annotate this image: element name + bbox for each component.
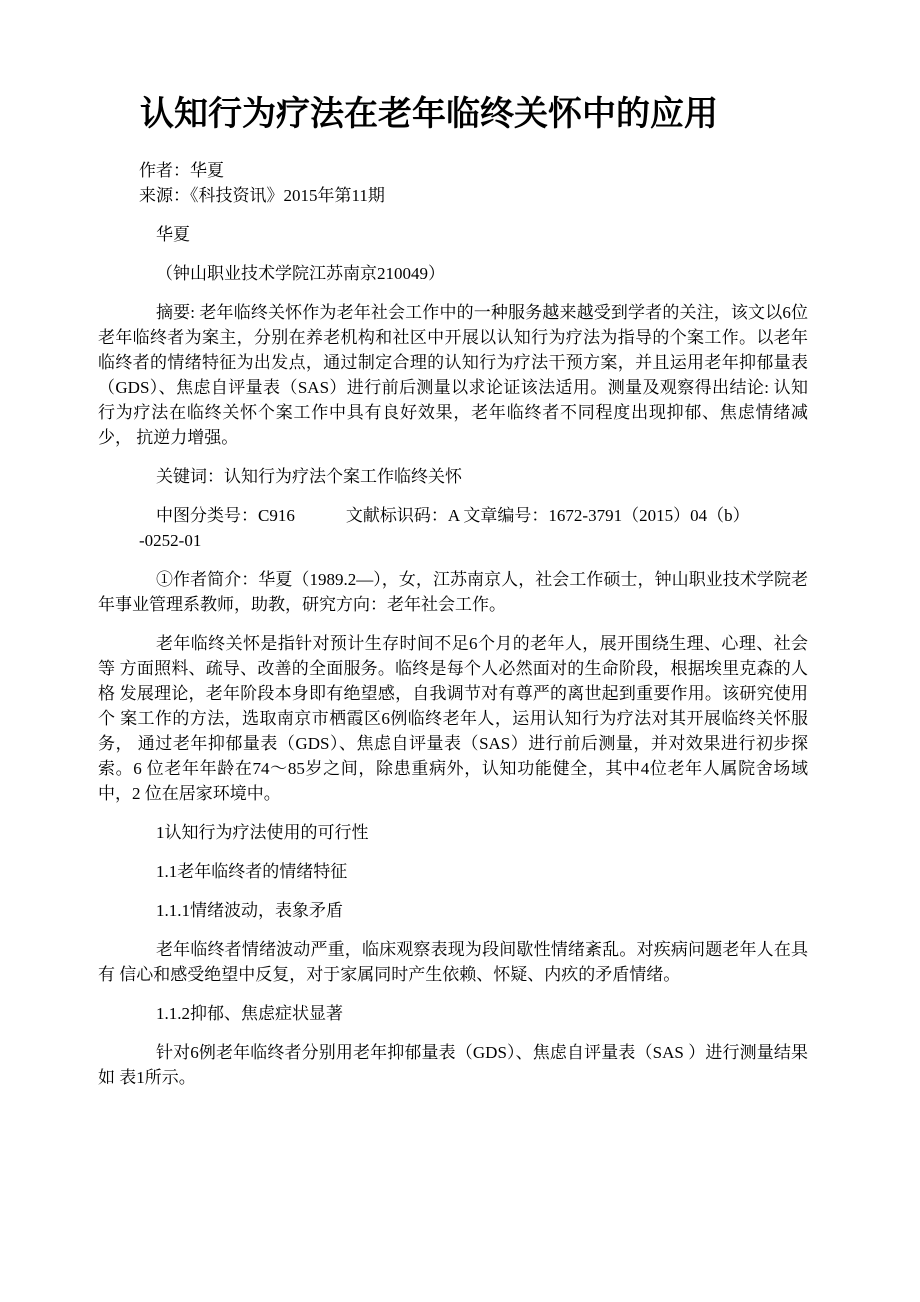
byline-author-line: 作者：华夏	[139, 158, 808, 183]
section-heading-1: 1认知行为疗法使用的可行性	[98, 820, 808, 845]
section-heading-1-1-2: 1.1.2抑郁、焦虑症状显著	[98, 1001, 808, 1026]
section-paragraph-1-1-1: 老年临终者情绪波动严重，临床观察表现为段间歇性情绪紊乱。对疾病问题老年人在具有 …	[98, 937, 808, 987]
intro-paragraph: 老年临终关怀是指针对预计生存时间不足6个月的老年人，展开围绕生理、心理、社会等 …	[98, 631, 808, 806]
byline-source-line: 来源：《科技资讯》2015年第11期	[139, 183, 808, 208]
page-title: 认知行为疗法在老年临终关怀中的应用	[140, 94, 808, 136]
keywords-line: 关键词：认知行为疗法个案工作临终关怀	[98, 464, 808, 489]
section-heading-1-1: 1.1老年临终者的情绪特征	[98, 859, 808, 884]
affiliation-line: （钟山职业技术学院江苏南京210049）	[98, 261, 808, 286]
classification-block: 中图分类号：C916 文献标识码：A 文章编号：1672-3791（2015）0…	[98, 503, 808, 553]
author-name: 华夏	[98, 222, 808, 247]
document-page: 认知行为疗法在老年临终关怀中的应用 作者：华夏 来源：《科技资讯》2015年第1…	[0, 0, 920, 1090]
abstract-paragraph: 摘要: 老年临终关怀作为老年社会工作中的一种服务越来越受到学者的关注，该文以6位…	[98, 300, 808, 450]
classification-line-1: 中图分类号：C916 文献标识码：A 文章编号：1672-3791（2015）0…	[98, 503, 808, 528]
author-bio-note: ①作者简介：华夏（1989.2—），女，江苏南京人，社会工作硕士，钟山职业技术学…	[98, 567, 808, 617]
section-heading-1-1-1: 1.1.1情绪波动，表象矛盾	[98, 898, 808, 923]
section-paragraph-1-1-2: 针对6例老年临终者分别用老年抑郁量表（GDS）、焦虑自评量表（SAS ）进行测量…	[98, 1040, 808, 1090]
classification-line-2: -0252-01	[139, 528, 808, 553]
byline: 作者：华夏 来源：《科技资讯》2015年第11期	[139, 158, 808, 208]
